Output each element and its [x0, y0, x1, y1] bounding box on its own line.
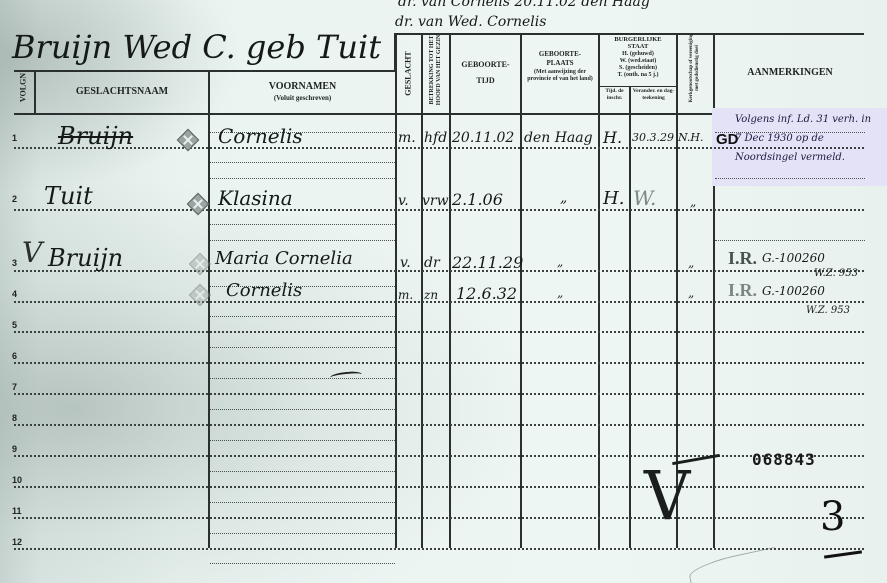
row-number: 4 — [12, 289, 26, 299]
serial-number-stamp: 068843 — [752, 450, 816, 469]
entry-3-remark-sub: W.Z. 953 — [814, 268, 858, 279]
entry-1-birth-place: den Haag — [524, 130, 593, 146]
registration-card: dr. van Cornelis 20.11.02 den Haag dr. v… — [0, 0, 887, 583]
row-number: 6 — [12, 351, 26, 361]
row-line — [14, 209, 864, 211]
entry-2-sex: v. — [398, 193, 409, 209]
entry-4-religion: „ — [688, 286, 694, 300]
remark-line — [715, 240, 865, 241]
entry-4-remark-stamp: I.R. — [728, 280, 757, 301]
row-number: 7 — [12, 382, 26, 392]
entry-2-relation: vrw — [422, 193, 449, 209]
entry-3-surname: Bruijn — [48, 244, 123, 272]
header-geslacht: GESLACHT — [404, 44, 413, 104]
header-voornamen: VOORNAMEN — [210, 81, 395, 92]
top-note-line-1: dr. van Cornelis 20.11.02 den Haag — [398, 0, 650, 10]
entry-1-sex: m. — [398, 130, 416, 146]
sub-row-line — [210, 240, 395, 241]
entry-2-status-date: W. — [633, 186, 656, 210]
entry-3-given-names: Maria Cornelia — [215, 248, 353, 269]
header-kerkgenootschap: Kerkgenootschap of vereeniging met godsd… — [689, 32, 701, 104]
header-aanmerkingen: AANMERKINGEN — [715, 67, 865, 78]
col-divider — [421, 33, 423, 548]
entry-4-given-names: Cornelis — [226, 280, 302, 301]
entry-3-check-mark: V — [22, 236, 42, 269]
entry-2-given-names: Klasina — [218, 186, 293, 210]
entry-3-remark: G.-100260 — [762, 251, 825, 265]
header-betrekking: BETREKKING TOT HET HOOFD VAN HET GEZIN — [429, 32, 443, 108]
header-top-rule-right — [394, 33, 864, 35]
entry-4-birth-date: 12.6.32 — [456, 284, 517, 303]
row-line — [14, 331, 864, 333]
entry-2-birth-place: „ — [560, 190, 567, 206]
entry-1-civil-status: H. — [603, 128, 622, 147]
sub-row-line — [210, 440, 395, 441]
header-bs-w: W. (wed.staat) — [600, 58, 676, 65]
header-bs-s: S. (gescheiden) — [600, 65, 676, 72]
entry-1-birth-date: 20.11.02 — [452, 130, 514, 146]
entry-1-status-date: 30.3.29 — [632, 131, 674, 144]
entry-1-surname: Bruijn — [58, 122, 133, 150]
header-voornamen-sub: (Voluit geschreven) — [210, 94, 395, 102]
sub-row-line — [210, 316, 395, 317]
entry-1-remark: Volgens inf. Ld. 31 verh. in 7 Dec 1930 … — [735, 110, 880, 167]
header-geboorteplaats-1: GEBOORTE- — [522, 50, 598, 59]
header-bs-t: T. (onth. na 5 j.) — [600, 72, 676, 79]
sub-row-line — [210, 533, 395, 534]
col-divider — [208, 70, 210, 548]
cross-marker-icon — [187, 193, 210, 216]
entry-2-religion: „ — [690, 195, 696, 209]
pen-stroke — [330, 370, 363, 381]
row-line — [14, 393, 864, 395]
sub-row-line — [210, 502, 395, 503]
entry-4-relation: zn — [424, 288, 438, 302]
row-number: 10 — [12, 475, 26, 485]
check-mark-large: V — [644, 458, 690, 536]
row-line — [14, 455, 864, 457]
entry-1-given-names: Cornelis — [218, 124, 303, 148]
row-line — [14, 301, 864, 303]
row-number: 5 — [12, 320, 26, 330]
row-number: 12 — [12, 537, 26, 547]
entry-3-remark-stamp: I.R. — [728, 248, 757, 269]
header-bs-h: H. (gehuwd) — [600, 51, 676, 58]
col-divider — [395, 33, 397, 548]
top-note-line-2: dr. van Wed. Cornelis — [395, 14, 546, 30]
col-divider — [449, 33, 451, 548]
entry-3-relation: dr — [424, 255, 440, 271]
page-number: 3 — [820, 494, 845, 540]
sub-row-line — [210, 378, 395, 379]
header-burgerlijke-staat-1: BURGERLIJKE — [600, 36, 676, 43]
remark-line — [715, 178, 865, 179]
entry-3-birth-date: 22.11.29 — [452, 253, 523, 272]
header-geslachtsnaam: GESLACHTSNAAM — [36, 86, 208, 97]
family-header: Bruijn Wed C. geb Tuit — [12, 28, 381, 66]
header-top-rule-left — [14, 70, 396, 72]
header-geboortetijd-2: TIJD — [451, 76, 520, 85]
header-tijd-inschr: Tijd. de inschr. — [600, 88, 629, 102]
entry-4-remark: G.-100260 — [762, 284, 825, 298]
row-number: 8 — [12, 413, 26, 423]
header-burgerlijke-staat-2: STAAT — [600, 43, 676, 50]
row-number: 9 — [12, 444, 26, 454]
entry-2-civil-status: H. — [603, 188, 624, 209]
header-geboorteplaats-2: PLAATS — [522, 59, 598, 68]
sub-row-line — [210, 162, 395, 163]
sub-row-line — [210, 224, 395, 225]
row-number: 2 — [12, 194, 26, 204]
entry-3-sex: v. — [400, 255, 411, 271]
header-geboortetijd-1: GEBOORTE- — [451, 60, 520, 69]
entry-2-birth-date: 2.1.06 — [452, 190, 503, 209]
col-divider — [629, 86, 631, 548]
header-volgn: VOLGN — [19, 68, 28, 108]
col-divider — [598, 33, 600, 548]
page-number-underline — [824, 550, 862, 558]
sub-row-line — [210, 409, 395, 410]
row-line — [14, 486, 864, 488]
entry-3-birth-place: „ — [557, 255, 563, 269]
header-verandering: Verander. en dag-teekening — [631, 88, 676, 102]
row-line — [14, 362, 864, 364]
pencil-mark — [687, 547, 779, 583]
bs-subdivider — [598, 86, 676, 87]
entry-2-surname: Tuit — [44, 182, 93, 210]
entry-1-relation: hfd — [424, 130, 447, 146]
sub-row-line — [210, 563, 395, 564]
sub-row-line — [210, 471, 395, 472]
col-divider — [520, 33, 522, 548]
entry-3-religion: „ — [688, 256, 694, 270]
row-number: 1 — [12, 133, 26, 143]
entry-4-sex: m. — [398, 288, 413, 302]
header-geboorteplaats-sub: (Met aanwijzing der provincie of van het… — [524, 69, 596, 83]
sub-row-line — [210, 178, 395, 179]
row-line — [14, 517, 864, 519]
row-line — [14, 548, 864, 550]
row-line — [14, 424, 864, 426]
sub-row-line — [210, 347, 395, 348]
entry-1-religion: N.H. — [678, 131, 704, 144]
entry-4-birth-place: „ — [557, 286, 563, 300]
row-number: 11 — [12, 506, 26, 516]
entry-4-remark-sub: W.Z. 953 — [806, 305, 850, 316]
